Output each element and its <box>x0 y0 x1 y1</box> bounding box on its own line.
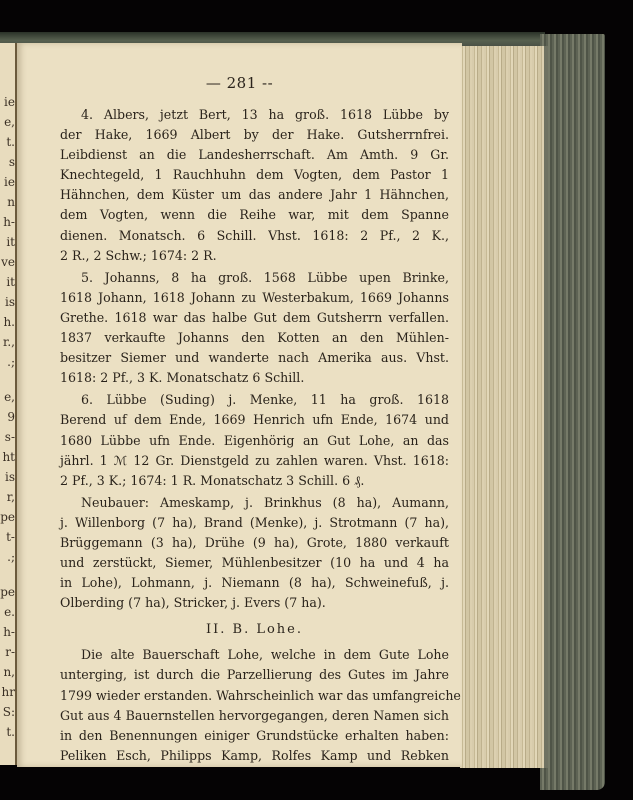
previous-page-text-fragment: .; <box>0 356 15 368</box>
text-line: 6. Lübbe (Suding) j. Menke, 11 ha groß. … <box>60 390 449 410</box>
previous-page-text-fragment: e, <box>0 391 15 403</box>
previous-page-text-fragment: t. <box>0 136 15 148</box>
text-line: 1799 wieder erstanden. Wahrscheinlich wa… <box>60 686 449 706</box>
text-line: dienen. Monatsch. 6 Schill. Vhst. 1618: … <box>60 226 449 246</box>
previous-page-text-fragment: ie <box>0 96 15 108</box>
text-line: in Lohe), Lohmann, j. Niemann (8 ha), Sc… <box>60 573 449 593</box>
paragraph-luebbe: 6. Lübbe (Suding) j. Menke, 11 ha groß. … <box>60 390 449 490</box>
previous-page-text-fragment: n, <box>0 666 15 678</box>
text-line: Neubauer: Ameskamp, j. Brinkhus (8 ha), … <box>60 493 449 513</box>
text-line: 1837 verkaufte Johanns den Kotten an den… <box>60 328 449 348</box>
previous-page-text-fragment: t. <box>0 726 15 738</box>
text-line: der Hake, 1669 Albert by der Hake. Gutsh… <box>60 125 449 145</box>
page-number: — 281 -- <box>17 74 462 92</box>
previous-page-text-fragment: pe <box>0 586 15 598</box>
previous-page-text-fragment: h- <box>0 626 15 638</box>
previous-page-text-fragment: hr <box>0 686 15 698</box>
previous-page-text-fragment: is <box>0 471 15 483</box>
previous-page-text-fragment: t- <box>0 531 15 543</box>
previous-page-text-fragment: s <box>0 156 15 168</box>
text-line: Die alte Bauerschaft Lohe, welche in dem… <box>60 645 449 665</box>
text-line: Grethe. 1618 war das halbe Gut dem Gutsh… <box>60 308 449 328</box>
book-page: — 281 -- 4. Albers, jetzt Bert, 13 ha gr… <box>17 43 462 767</box>
previous-page-text-fragment: it <box>0 276 15 288</box>
previous-page-text-fragment: 9 <box>0 411 15 423</box>
text-line: Brüggemann (3 ha), Drühe (9 ha), Grote, … <box>60 533 449 553</box>
text-line: 4. Albers, jetzt Bert, 13 ha groß. 1618 … <box>60 105 449 125</box>
text-line: 1680 Lübbe ufn Ende. Eigenhörig an Gut L… <box>60 431 449 451</box>
text-line: Peliken Esch, Philipps Kamp, Rolfes Kamp… <box>60 746 449 766</box>
page-body: 4. Albers, jetzt Bert, 13 ha groß. 1618 … <box>60 105 449 766</box>
paragraph-johanns: 5. Johanns, 8 ha groß. 1568 Lübbe upen B… <box>60 268 449 389</box>
book-cover-right-edge <box>540 34 605 790</box>
text-line: unterging, ist durch die Parzellierung d… <box>60 665 449 685</box>
previous-page-text-fragment: it <box>0 236 15 248</box>
previous-page-text-fragment: .; <box>0 551 15 563</box>
text-line: Berend uf dem Ende, 1669 Henrich ufn End… <box>60 410 449 430</box>
text-line: jährl. 1 ℳ 12 Gr. Dienstgeld zu zahlen w… <box>60 451 449 471</box>
section-heading: II. B. Lohe. <box>60 613 449 645</box>
previous-page-text-fragment: s- <box>0 431 15 443</box>
text-line: 5. Johanns, 8 ha groß. 1568 Lübbe upen B… <box>60 268 449 288</box>
text-line: und zerstückt, Siemer, Mühlenbesitzer (1… <box>60 553 449 573</box>
text-line: Gut aus 4 Bauernstellen hervorgegangen, … <box>60 706 449 726</box>
paragraph-albers: 4. Albers, jetzt Bert, 13 ha groß. 1618 … <box>60 105 449 266</box>
page-block-edges <box>460 46 548 768</box>
previous-page-text-fragment: h. <box>0 316 15 328</box>
text-line: Leibdienst an die Landesherrschaft. Am A… <box>60 145 449 165</box>
previous-page-text-fragment: e. <box>0 606 15 618</box>
previous-page-text-fragment: r, <box>0 491 15 503</box>
text-line: Hähnchen, dem Küster um das andere Jahr … <box>60 185 449 205</box>
text-line: 1618 Johann, 1618 Johann zu Westerbakum,… <box>60 288 449 308</box>
text-line: in den Benennungen einiger Grundstücke e… <box>60 726 449 746</box>
previous-page-text-fragment: S: <box>0 706 15 718</box>
previous-page-text-fragment: ie <box>0 176 15 188</box>
previous-page-text-fragment: ht <box>0 451 15 463</box>
paragraph-neubauer: Neubauer: Ameskamp, j. Brinkhus (8 ha), … <box>60 493 449 614</box>
previous-page-text-fragment: r- <box>0 646 15 658</box>
text-line: 1618: 2 Pf., 3 K. Monatschatz 6 Schill. <box>60 368 449 388</box>
text-line: Knechtegeld, 1 Rauchhuhn dem Vogten, dem… <box>60 165 449 185</box>
previous-page-text-fragment: h- <box>0 216 15 228</box>
text-line: j. Willenborg (7 ha), Brand (Menke), j. … <box>60 513 449 533</box>
text-line: dem Vogten, wenn die Reihe war, mit dem … <box>60 205 449 225</box>
text-line: besitzer Siemer und wanderte nach Amerik… <box>60 348 449 368</box>
paragraph-lohe: Die alte Bauerschaft Lohe, welche in dem… <box>60 645 449 766</box>
previous-page-edge: iee,t.sienh-itveitish.r.,.;e,9s-htisr,pe… <box>0 43 17 765</box>
previous-page-text-fragment: ve <box>0 256 15 268</box>
previous-page-text-fragment: n <box>0 196 15 208</box>
text-line: 2 R., 2 Schw.; 1674: 2 R. <box>60 246 449 266</box>
previous-page-text-fragment: r., <box>0 336 15 348</box>
text-line: 2 Pf., 3 K.; 1674: 1 R. Monatschatz 3 Sc… <box>60 471 449 491</box>
previous-page-text-fragment: is <box>0 296 15 308</box>
text-line: Olberding (7 ha), Stricker, j. Evers (7 … <box>60 593 449 613</box>
previous-page-text-fragment: pe <box>0 511 15 523</box>
previous-page-text-fragment: e, <box>0 116 15 128</box>
